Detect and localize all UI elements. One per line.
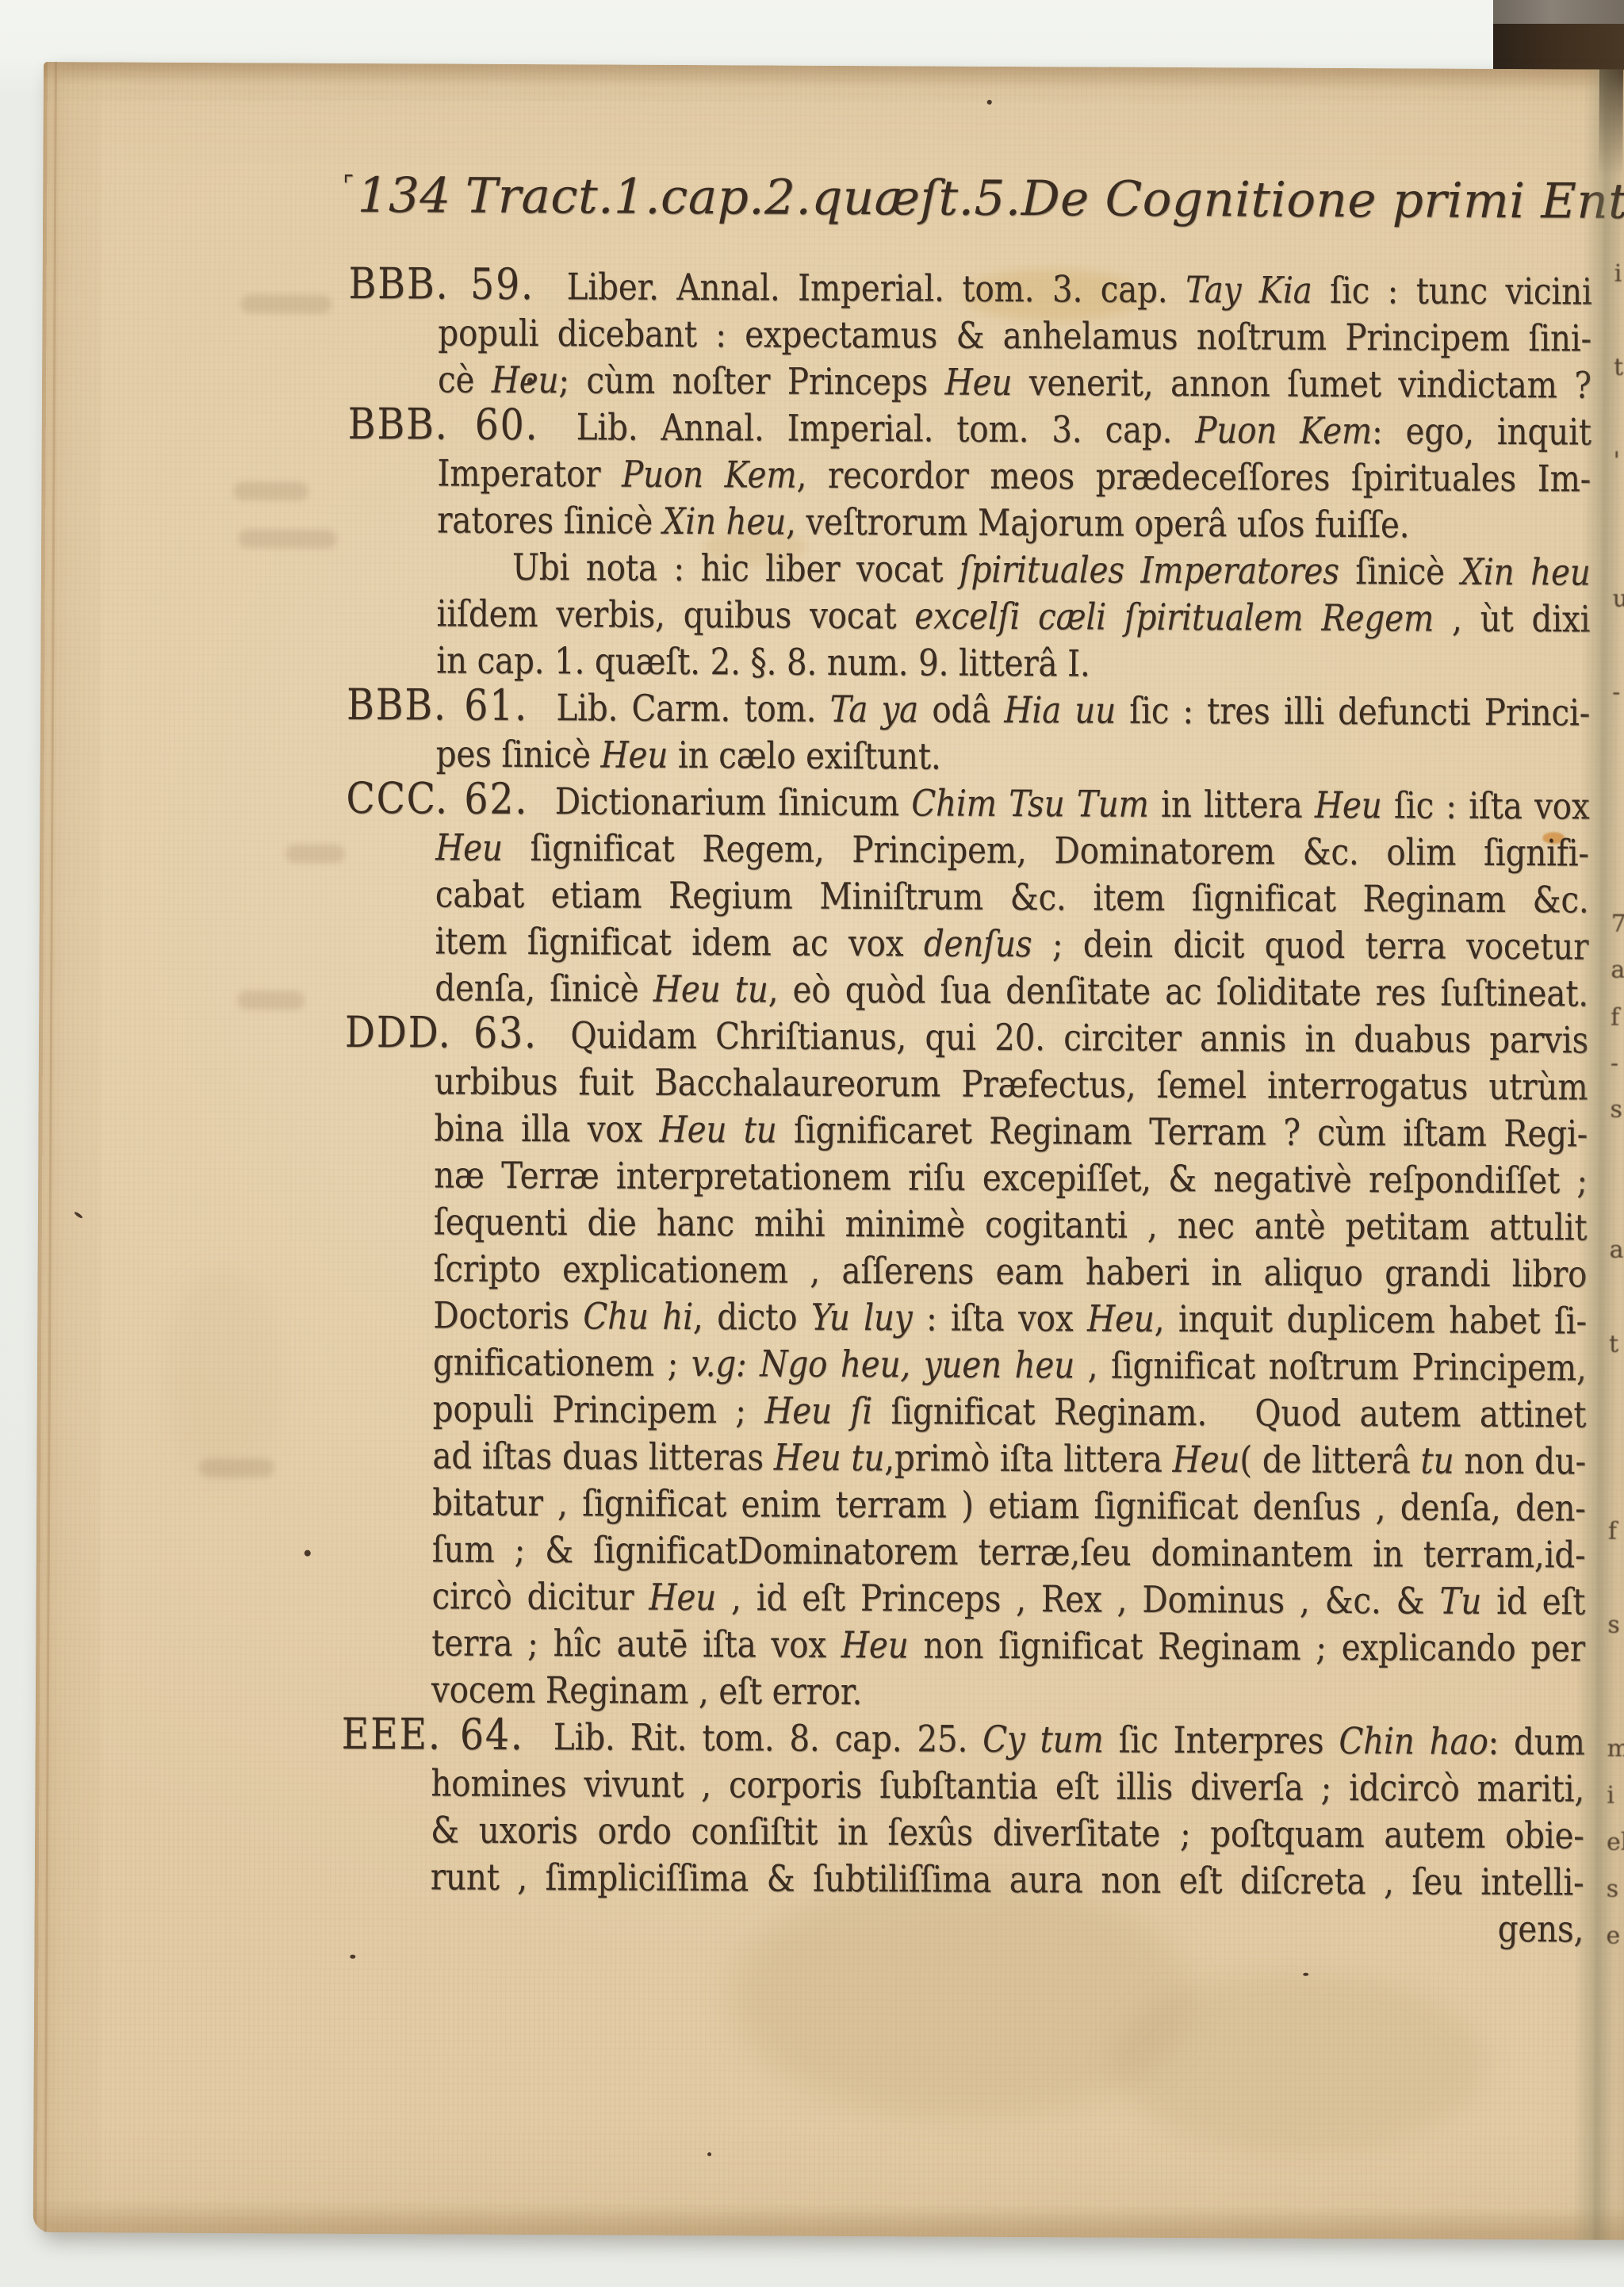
text-line: BBB. 60. Lib. Annal. Imperial. tom. 3. c… [348,403,1591,456]
text-run: gnificationem ; [433,1340,691,1385]
facing-page-glyph: 7 [1611,910,1624,938]
text-line: iiſdem verbis, quibus vocat excelſi cæli… [436,590,1590,642]
text-run: homines vivunt , corporis ſubſtantia eſt… [431,1761,1584,1810]
text-run: bitatur , ſignificat enim terram ) etiam… [432,1481,1586,1529]
text-run: Doctoris [433,1293,583,1337]
italic-term: Xin heu [1461,550,1591,594]
text-run: Lib. Carm. tom. [556,686,830,730]
paper-speck [74,1211,83,1219]
text-run: bina illa vox [434,1106,659,1150]
facing-page-glyph: s [1607,1875,1619,1903]
italic-term: Heu tu [774,1436,885,1480]
text-run: & uxoris ordo conſiſtit in ſexûs diverſi… [431,1808,1584,1856]
text-run: , eò quòd ſua denſitate ac ſoliditate re… [768,967,1589,1014]
text-run: ſignificat Regem, Principem, Dominatorem… [503,826,1589,875]
text-block: BBB. 59. Liber. Annal. Imperial. tom. 3.… [430,262,1592,1952]
facing-page-glyph: m [1607,1735,1624,1763]
paper-stain [1112,1971,1485,2155]
italic-term: denſus [924,921,1032,965]
text-line: BBB. 61. Lib. Carm. tom. Ta ya odâ Hia u… [347,684,1590,737]
text-run: , id eſt Princeps , Rex , Dominus , &c. … [716,1576,1440,1622]
text-run: ſum ; & ſignificatDominatorem terræ,ſeu … [432,1527,1586,1576]
text-line: & uxoris ordo conſiſtit in ſexûs diverſi… [431,1806,1584,1859]
italic-term: Tu [1439,1580,1481,1622]
text-run: , recordor meos prædeceſſores ſpirituale… [796,454,1591,500]
facing-page-glyph: u [1613,585,1624,613]
text-line: ſcripto explicationem , aſſerens eam hab… [433,1245,1587,1297]
text-run: runt , ſimpliciſſima & ſubtiliſſima aura… [431,1855,1584,1903]
text-line: gens, [430,1900,1584,1952]
text-line: ratores ſinicè Xin heu, veſtrorum Majoru… [437,496,1591,549]
italic-term: Heu [600,733,668,776]
text-run: in cælo exiſtunt. [668,734,941,778]
italic-term: Chim Tsu Tum [911,781,1149,825]
text-line: Doctoris Chu hi, dicto Yu luy : iſta vox… [433,1292,1587,1344]
text-run: in littera [1149,783,1315,826]
text-run: denſa, ſinicè [435,966,653,1009]
italic-term: v.g: Ngo heu, yuen heu [691,1342,1075,1386]
text-line: BBB. 59. Liber. Annal. Imperial. tom. 3.… [348,262,1591,316]
ink-show-through [237,990,304,1009]
text-run: ( de litterâ [1239,1438,1420,1481]
facing-page-glyph: - [1612,679,1620,707]
paper-speck [304,1550,311,1557]
text-line: bina illa vox Heu tu ſignificaret Regina… [434,1105,1588,1157]
facing-page-glyph: f [1608,1518,1617,1546]
text-run: id eſt [1481,1580,1585,1623]
text-run: , ſignificat noſtrum Principem, [1074,1343,1587,1389]
text-run: populi dicebant : expectamus & anhelamus… [438,311,1591,359]
text-run: cè [438,358,492,400]
text-run: , veſtrorum Majorum operâ uſos fuiſſe. [786,500,1410,546]
text-run: ſcripto explicationem , aſſerens eam hab… [433,1247,1587,1295]
italic-term: Chin hao [1339,1719,1488,1763]
text-line: vocem Reginam , eſt error. [431,1666,1585,1718]
text-run: ſic Interpres [1104,1718,1339,1762]
page-header: ⌜134Tract.1.cap.2.quæſt.5.De Cognitione … [343,168,1624,239]
facing-page-glyph: a [1611,956,1624,984]
italic-term: Cy tum [982,1718,1104,1761]
entry-label: BBB. 60. [348,399,565,450]
facing-page-glyph: s [1607,1611,1620,1639]
text-line: denſa, ſinicè Heu tu, eò quòd ſua denſit… [435,964,1588,1017]
page-inner-edge [44,62,57,2232]
ink-show-through [199,1458,274,1477]
text-run: cabat etiam Regium Miniſtrum &c. item ſi… [435,872,1589,921]
facing-page-glyph: ' [1613,447,1619,475]
text-line: ad iſtas duas litteras Heu tu,primò iſta… [432,1432,1586,1484]
facing-page-glyph: - [1611,1050,1618,1078]
text-line: gnificationem ; v.g: Ngo heu, yuen heu ,… [433,1339,1587,1391]
text-run: non ſignificat Reginam ; explicando per [908,1623,1585,1669]
book-page: ⌜134Tract.1.cap.2.quæſt.5.De Cognitione … [33,62,1624,2240]
italic-term: Heu [1087,1297,1155,1339]
text-line: ſum ; & ſignificatDominatorem terræ,ſeu … [432,1526,1586,1578]
text-run: Liber. Annal. Imperial. tom. 3. cap. [567,265,1186,311]
italic-term: tu [1420,1439,1454,1482]
text-run: non du- [1454,1439,1586,1483]
italic-term: Xin heu [663,500,787,543]
text-run: ,primò iſta littera [884,1436,1173,1481]
entry-label: EEE. 64. [342,1709,542,1760]
text-run: populi Principem ; [433,1387,765,1431]
text-run: : dum [1488,1720,1584,1764]
text-run: venerit, annon ſumet vindictam ? [1012,361,1591,407]
text-line: cè Heu; cùm noſter Princeps Heu venerit,… [438,356,1591,408]
ink-show-through [285,845,345,864]
scan-background: ⌜134Tract.1.cap.2.quæſt.5.De Cognitione … [0,0,1624,2287]
text-run: ſequenti die hanc mihi minimè cogitanti … [434,1200,1588,1248]
text-run: Lib. Rit. tom. 8. cap. 25. [553,1715,983,1760]
italic-term: Heu [1172,1438,1239,1481]
italic-term: Heu [649,1576,716,1619]
text-run: Quidam Chriſtianus, qui 20. circiter ann… [570,1013,1588,1061]
italic-term: Chu hi [583,1294,693,1338]
text-run: næ Terræ interpretationem riſu excepiſſe… [434,1153,1588,1201]
header-marker: ⌜ [343,171,354,199]
text-line: runt , ſimpliciſſima & ſubtiliſſima aura… [431,1853,1584,1906]
text-line: CCC. 62. Dictionarium ſinicum Chim Tsu T… [346,777,1589,830]
text-run: circò dicitur [431,1574,649,1618]
ink-show-through [233,481,308,500]
text-line: terra ; hîc autē iſta vox Heu non ſignif… [431,1619,1585,1672]
paper-speck [350,1955,355,1959]
text-line: populi Principem ; Heu ſi ſignificat Reg… [433,1385,1587,1438]
text-line: Ubi nota : hic liber vocat ſpirituales I… [512,544,1591,596]
text-run: odâ [918,688,1005,731]
italic-term: Heu [841,1623,909,1666]
italic-term: excelſi cæli ſpiritualem Regem [914,594,1434,639]
text-run: Dictionarium ſinicum [555,780,912,824]
entry-label: CCC. 62. [346,773,544,824]
text-run: , inquit duplicem habet ſi- [1155,1297,1588,1343]
text-run: in cap. 1. quæſt. 2. §. 8. num. 9. litte… [436,638,1090,684]
page-number: 134 [358,167,451,224]
italic-term: Heu tu [653,967,768,1011]
italic-term: Heu ſi [764,1389,872,1432]
text-run: ; dein dicit quod terra vocetur [1032,922,1588,967]
facing-page-glyph: f [1611,1004,1619,1032]
facing-page-fragments: it'u-7af-satfsmielse [44,62,1624,70]
text-run: urbibus fuit Bacchalaureorum Præfectus, … [435,1059,1588,1108]
paper-speck [1303,1973,1308,1976]
paper-speck [707,2152,711,2156]
text-line: Heu ſignificat Regem, Principem, Dominat… [435,824,1589,876]
text-run: item ſignificat idem ac vox [435,919,924,964]
italic-term: Heu [1315,783,1382,826]
text-line: DDD. 63. Quidam Chriſtianus, qui 20. cir… [345,1011,1588,1064]
text-line: Imperator Puon Kem, recordor meos prædec… [437,450,1591,502]
text-run: ad iſtas duas litteras [432,1434,774,1478]
text-run: ſic : tunc vicini [1312,269,1591,313]
text-line: item ſignificat idem ac vox denſus ; dei… [435,917,1588,970]
text-run: ratores ſinicè [437,498,663,542]
text-line: bitatur , ſignificat enim terram ) etiam… [432,1479,1586,1531]
facing-page-glyph: a [1610,1236,1624,1264]
italic-term: Heu tu [659,1108,776,1151]
facing-page-glyph: el [1607,1829,1624,1856]
ink-show-through [238,529,337,549]
italic-term: Heu [435,826,503,868]
text-run: : iſta vox [912,1296,1087,1339]
text-line: cabat etiam Regium Miniſtrum &c. item ſi… [435,871,1589,923]
italic-term: Heu [944,361,1012,404]
text-run: : ego, inquit [1372,409,1591,453]
text-run: ſignificat Reginam. Quod autem attinet [872,1389,1587,1435]
text-run: ; cùm noſter Princeps [558,358,944,403]
text-line: homines vivunt , corporis ſubſtantia eſt… [431,1760,1584,1812]
italic-term: Puon Kem [1195,408,1372,452]
entry-label: BBB. 59. [348,259,555,309]
text-run: iiſdem verbis, quibus vocat [436,592,914,637]
italic-term: Ta ya [830,688,919,731]
text-run: Lib. Annal. Imperial. tom. 3. cap. [576,405,1196,451]
text-run: gens, [1498,1907,1584,1951]
entry-label: DDD. 63. [345,1007,560,1058]
text-run: vocem Reginam , eſt error. [431,1668,863,1713]
scanner-artifact-dark [1493,24,1624,73]
ink-show-through [240,294,331,314]
text-run: , ùt dixi [1434,597,1590,641]
text-line: urbibus fuit Bacchalaureorum Præfectus, … [435,1058,1588,1110]
text-run: pes ſinicè [436,732,601,776]
running-title: Tract.1.cap.2.quæſt.5.De Cognitione prim… [465,168,1624,231]
entry-label: BBB. 61. [347,680,546,730]
text-run: terra ; hîc autē iſta vox [431,1621,841,1666]
paper-stain [163,1268,283,1491]
facing-page-glyph: i [1614,260,1622,288]
italic-term: ſpirituales Imperatores [959,548,1339,592]
text-run: ſignificaret Reginam Terram ? cùm iſtam … [776,1109,1588,1155]
text-line: ſequenti die hanc mihi minimè cogitanti … [434,1198,1588,1251]
text-line: EEE. 64. Lib. Rit. tom. 8. cap. 25. Cy t… [342,1713,1585,1766]
facing-page-glyph: t [1609,1331,1618,1358]
text-run: Ubi nota : hic liber vocat [512,546,959,591]
text-line: in cap. 1. quæſt. 2. §. 8. num. 9. litte… [436,637,1590,689]
text-line: næ Terræ interpretationem riſu excepiſſe… [434,1151,1588,1204]
text-run: ſic : tres illi defuncti Princi- [1116,689,1590,734]
facing-page-glyph: i [1607,1782,1614,1810]
text-run: , dicto [693,1295,811,1339]
italic-term: Puon Kem [622,453,797,496]
text-line: circò dicitur Heu , id eſt Princeps , Re… [431,1573,1585,1625]
facing-page-glyph: s [1610,1096,1622,1124]
text-run: Imperator [437,451,622,495]
facing-page-glyph: e [1606,1922,1620,1950]
italic-term: Hia uu [1004,688,1116,732]
text-run: ſic : iſta vox [1382,783,1590,827]
text-line: pes ſinicè Heu in cælo exiſtunt. [436,730,1590,783]
text-line: populi dicebant : expectamus & anhelamus… [438,309,1591,362]
text-run: ſinicè [1339,550,1461,593]
facing-page-glyph: t [1614,354,1623,381]
italic-term: Yu luy [811,1296,913,1339]
paper-speck [987,100,992,105]
italic-term: Tay Kia [1185,268,1312,312]
italic-term: Heu [492,358,559,401]
